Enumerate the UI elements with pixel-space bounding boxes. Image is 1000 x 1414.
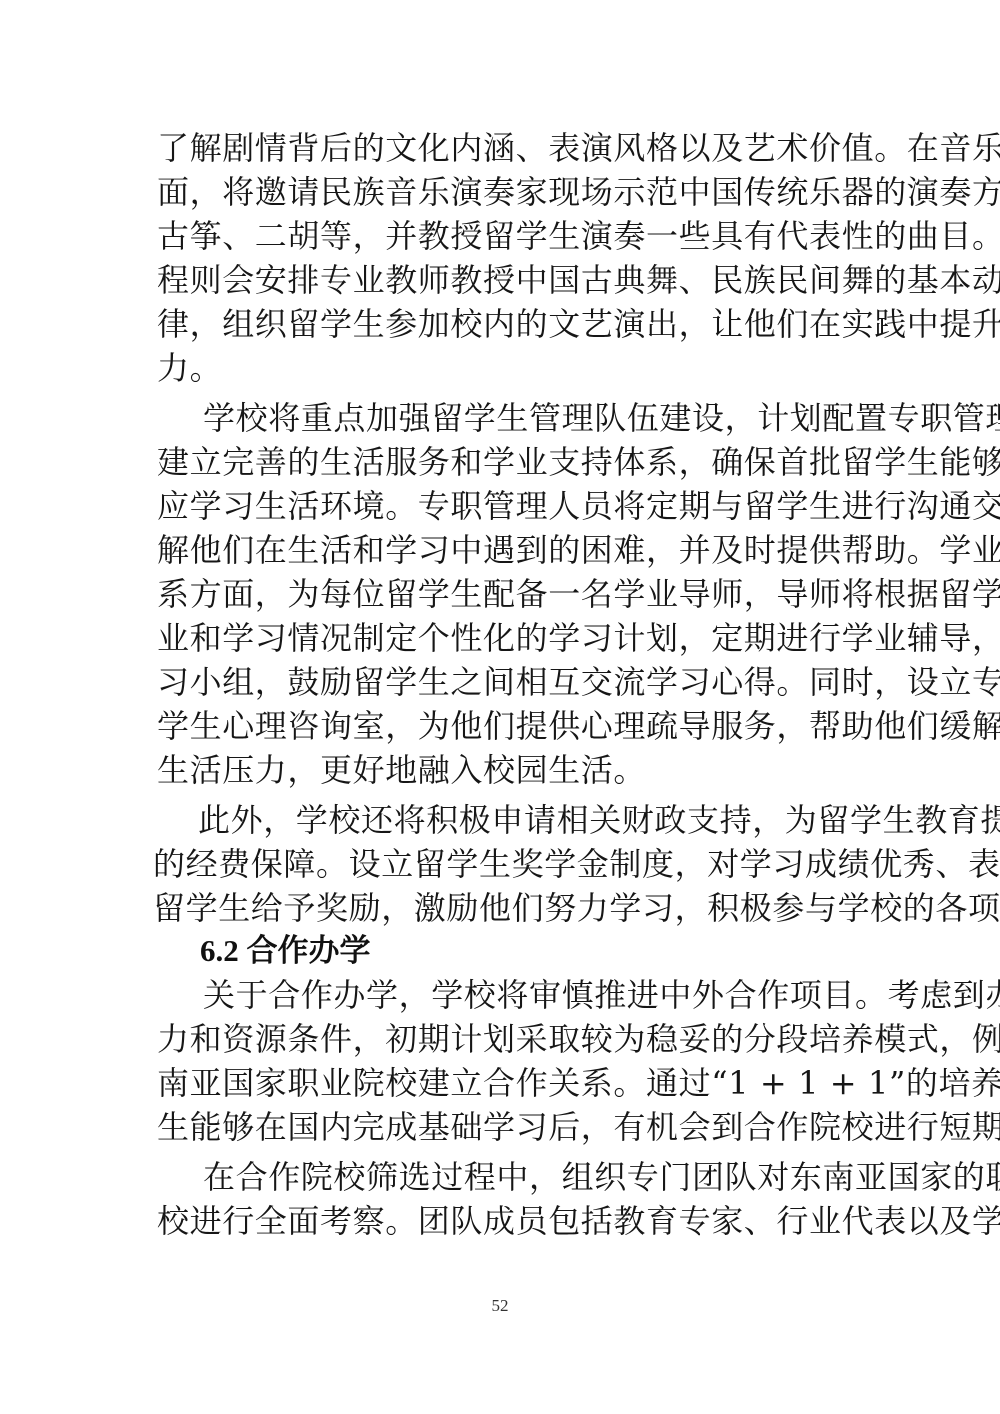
text-line: 生活压力，更好地融入校园生活。 (157, 750, 857, 790)
text-line: 学校将重点加强留学生管理队伍建设，计划配置专职管理人员， (203, 398, 903, 438)
section-heading: 6.2 合作办学 (200, 931, 371, 971)
text-line: 习小组，鼓励留学生之间相互交流学习心得。同时，设立专门的留 (157, 662, 857, 702)
text-line: 校进行全面考察。团队成员包括教育专家、行业代表以及学校管理 (157, 1201, 857, 1241)
page-number: 52 (0, 1296, 1000, 1316)
text-line: 了解剧情背后的文化内涵、表演风格以及艺术价值。在音乐舞蹈方 (157, 128, 857, 168)
text-line: 面，将邀请民族音乐演奏家现场示范中国传统乐器的演奏方法，如 (157, 172, 857, 212)
text-line: 生能够在国内完成基础学习后，有机会到合作院校进行短期研修。 (157, 1107, 857, 1147)
text-line: 的经费保障。设立留学生奖学金制度，对学习成绩优秀、表现突出的 (153, 844, 853, 884)
text-line: 业和学习情况制定个性化的学习计划，定期进行学业辅导，组织学 (157, 618, 857, 658)
text-line: 力。 (157, 348, 857, 388)
text-line: 建立完善的生活服务和学业支持体系，确保首批留学生能够顺利适 (157, 442, 857, 482)
text-line: 南亚国家职业院校建立合作关系。通过“1 + 1 + 1”的培养路径，使学 (157, 1063, 857, 1103)
text-line: 古筝、二胡等，并教授留学生演奏一些具有代表性的曲目。舞蹈课 (157, 216, 857, 256)
text-line: 留学生给予奖励，激励他们努力学习，积极参与学校的各项活动。 (153, 888, 853, 928)
text-line: 在合作院校筛选过程中，组织专门团队对东南亚国家的职业院 (203, 1157, 903, 1197)
text-line: 程则会安排专业教师教授中国古典舞、民族民间舞的基本动作和韵 (157, 260, 857, 300)
document-page: 了解剧情背后的文化内涵、表演风格以及艺术价值。在音乐舞蹈方 面，将邀请民族音乐演… (0, 0, 1000, 1414)
text-line: 律，组织留学生参加校内的文艺演出，让他们在实践中提升表演能 (157, 304, 857, 344)
text-line: 应学习生活环境。专职管理人员将定期与留学生进行沟通交流，了 (157, 486, 857, 526)
text-line: 学生心理咨询室，为他们提供心理疏导服务，帮助他们缓解学习和 (157, 706, 857, 746)
text-line: 此外，学校还将积极申请相关财政支持，为留学生教育提供必要 (198, 800, 898, 840)
text-line: 关于合作办学，学校将审慎推进中外合作项目。考虑到办学实 (203, 975, 903, 1015)
text-line: 解他们在生活和学习中遇到的困难，并及时提供帮助。学业支持体 (157, 530, 857, 570)
text-line: 系方面，为每位留学生配备一名学业导师，导师将根据留学生的专 (157, 574, 857, 614)
text-line: 力和资源条件，初期计划采取较为稳妥的分段培养模式，例如与东 (157, 1019, 857, 1059)
